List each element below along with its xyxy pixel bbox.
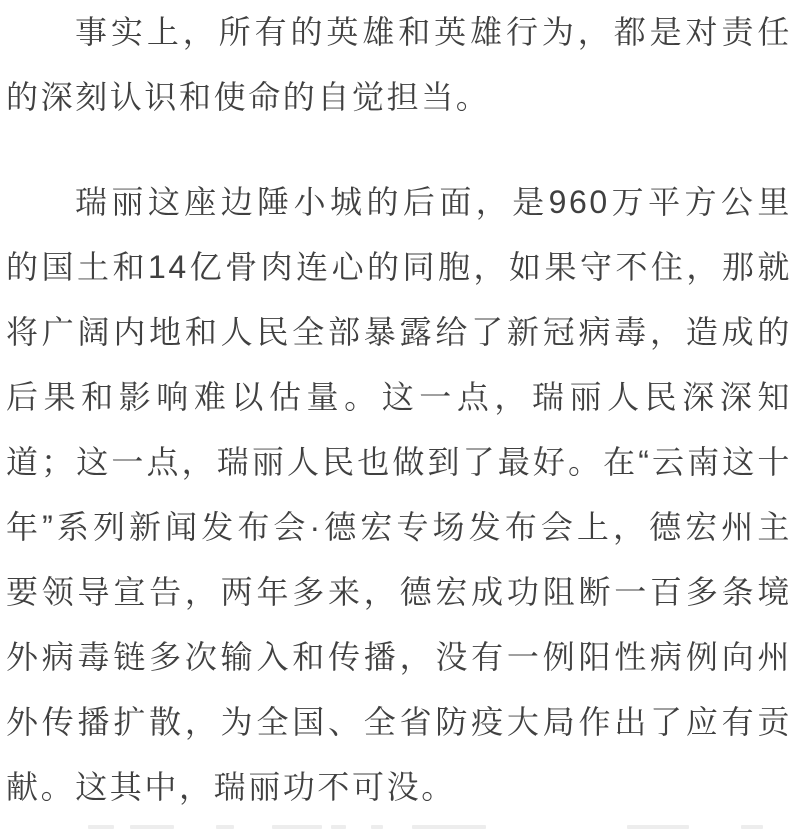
paragraph-ruili-border-city: 瑞丽这座边陲小城的后面，是960万平方公里的国土和14亿骨肉连心的同胞，如果守不… xyxy=(6,170,792,820)
cutoff-text-fragment xyxy=(272,825,322,829)
cutoff-text-fragment xyxy=(371,825,383,829)
cutoff-text-fragment xyxy=(331,825,346,829)
cutoff-text-fragment xyxy=(412,825,486,829)
paragraph-heroes-responsibility: 事实上，所有的英雄和英雄行为，都是对责任的深刻认识和使命的自觉担当。 xyxy=(6,0,792,130)
cutoff-text-fragment xyxy=(741,825,763,829)
article-page: 事实上，所有的英雄和英雄行为，都是对责任的深刻认识和使命的自觉担当。 瑞丽这座边… xyxy=(0,0,800,837)
cutoff-text-fragment xyxy=(88,825,114,829)
cutoff-text-fragment xyxy=(627,825,689,829)
cutoff-text-fragment xyxy=(130,825,174,829)
cutoff-text-fragment xyxy=(216,825,234,829)
cropped-next-line xyxy=(0,821,800,837)
